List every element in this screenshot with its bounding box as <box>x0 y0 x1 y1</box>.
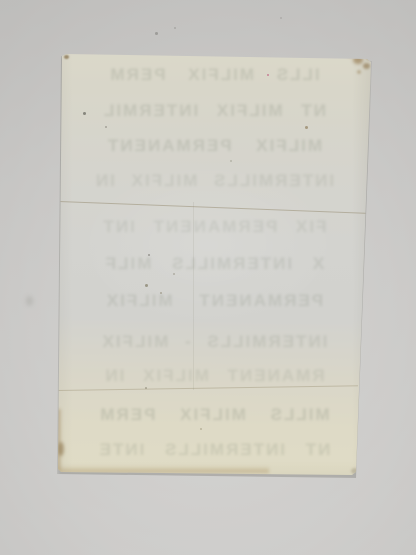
foxing-stain <box>357 70 361 74</box>
card-speck <box>83 112 86 115</box>
crease-line-vertical <box>193 202 194 390</box>
foxing-stain <box>58 442 64 456</box>
background-speck <box>174 27 176 29</box>
show-through-text-line: NT MILFIX INTERMIL <box>57 101 371 121</box>
edge-toning-bottom <box>59 466 269 473</box>
card-speck <box>230 160 232 162</box>
background-smudge <box>26 296 33 306</box>
foxing-stain <box>64 55 69 59</box>
foxing-stain <box>363 63 370 69</box>
card-speck <box>105 126 107 128</box>
card-speck <box>160 292 162 294</box>
show-through-text-line: ILLS MILFIX PERM <box>57 65 371 85</box>
show-through-text-line: MILFIX PERMANENT <box>57 136 371 156</box>
card-speck <box>200 428 202 430</box>
card-speck <box>145 387 147 389</box>
photo-of-card: ILLS MILFIX PERM NT MILFIX INTERMIL MILF… <box>0 0 416 555</box>
card-speck <box>305 126 308 129</box>
show-through-text-line: PERMANENT MILFIX <box>57 291 371 311</box>
aged-card: ILLS MILFIX PERM NT MILFIX INTERMIL MILF… <box>57 54 371 478</box>
show-through-text-line: INTERMILLS MILFIX IN <box>57 171 371 191</box>
show-through-text-line: MILLS MILFIX PERM <box>57 405 371 425</box>
card-speck <box>148 254 150 256</box>
show-through-text-line: FIX PERMANENT INT <box>57 217 371 237</box>
background-speck <box>155 32 158 35</box>
show-through-text-line: INTERMILLS - MILFIX <box>57 332 371 352</box>
card-speck <box>145 284 148 287</box>
show-through-text-line: RMANENT MILFIX IN <box>57 366 371 386</box>
background-speck <box>280 17 282 19</box>
card-speck <box>173 273 175 275</box>
show-through-text-layer: ILLS MILFIX PERM NT MILFIX INTERMIL MILF… <box>57 54 371 478</box>
pink-speck <box>267 74 269 76</box>
show-through-text-line: X INTERMILLS MILF <box>57 254 371 274</box>
show-through-text-line: NT INTERMILLS INTE <box>57 440 371 460</box>
